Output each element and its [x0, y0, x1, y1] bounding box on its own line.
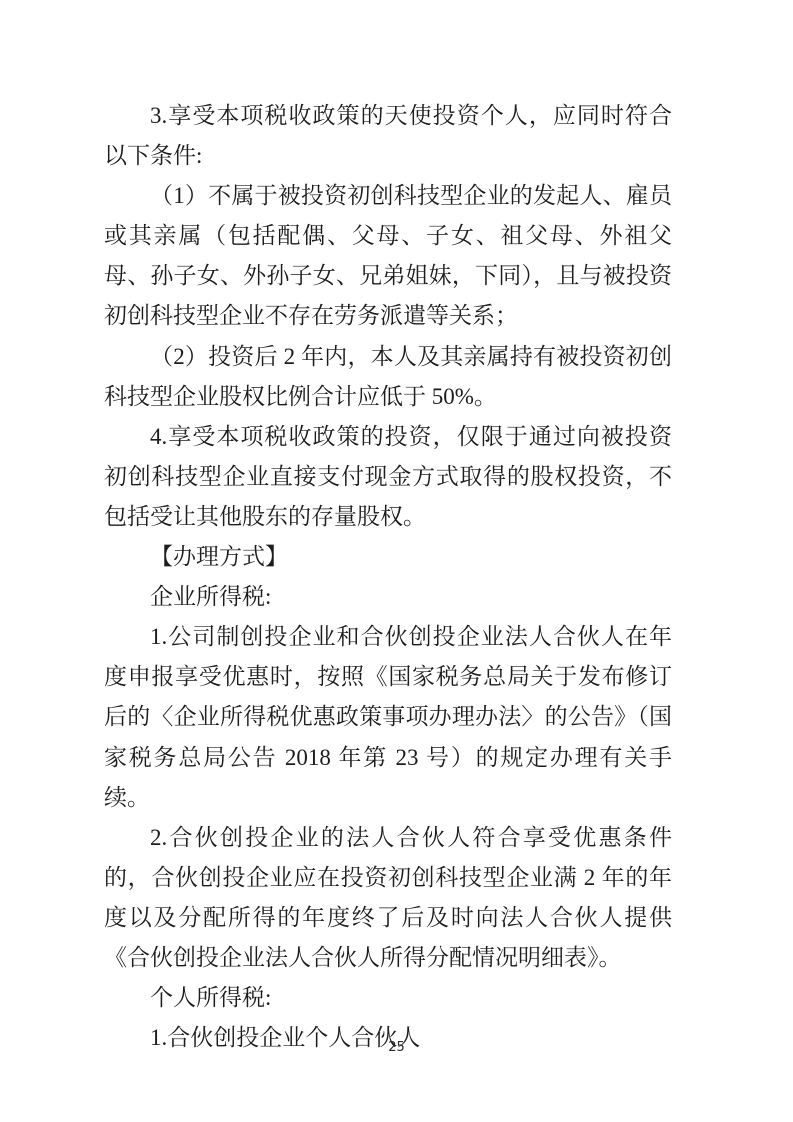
paragraph-7: 1.公司制创投企业和合伙创投企业法人合伙人在年度申报享受优惠时，按照《国家税务总… [104, 617, 672, 817]
document-page: 3.享受本项税收政策的天使投资个人，应同时符合以下条件:（1）不属于被投资初创科… [0, 0, 793, 1122]
paragraph-3: （2）投资后 2 年内，本人及其亲属持有被投资初创科技型企业股权比例合计应低于 … [104, 337, 672, 417]
paragraph-8: 2.合伙创投企业的法人合伙人符合享受优惠条件的，合伙创投企业应在投资初创科技型企… [104, 818, 672, 978]
paragraph-4: 4.享受本项税收政策的投资，仅限于通过向被投资初创科技型企业直接支付现金方式取得… [104, 417, 672, 537]
document-body: 3.享受本项税收政策的天使投资个人，应同时符合以下条件:（1）不属于被投资初创科… [104, 96, 672, 1058]
page-number: 25 [0, 1040, 793, 1055]
paragraph-2: （1）不属于被投资初创科技型企业的发起人、雇员或其亲属（包括配偶、父母、子女、祖… [104, 176, 672, 336]
paragraph-9: 个人所得税: [104, 978, 672, 1018]
paragraph-1: 3.享受本项税收政策的天使投资个人，应同时符合以下条件: [104, 96, 672, 176]
paragraph-6: 企业所得税: [104, 577, 672, 617]
paragraph-5: 【办理方式】 [104, 537, 672, 577]
